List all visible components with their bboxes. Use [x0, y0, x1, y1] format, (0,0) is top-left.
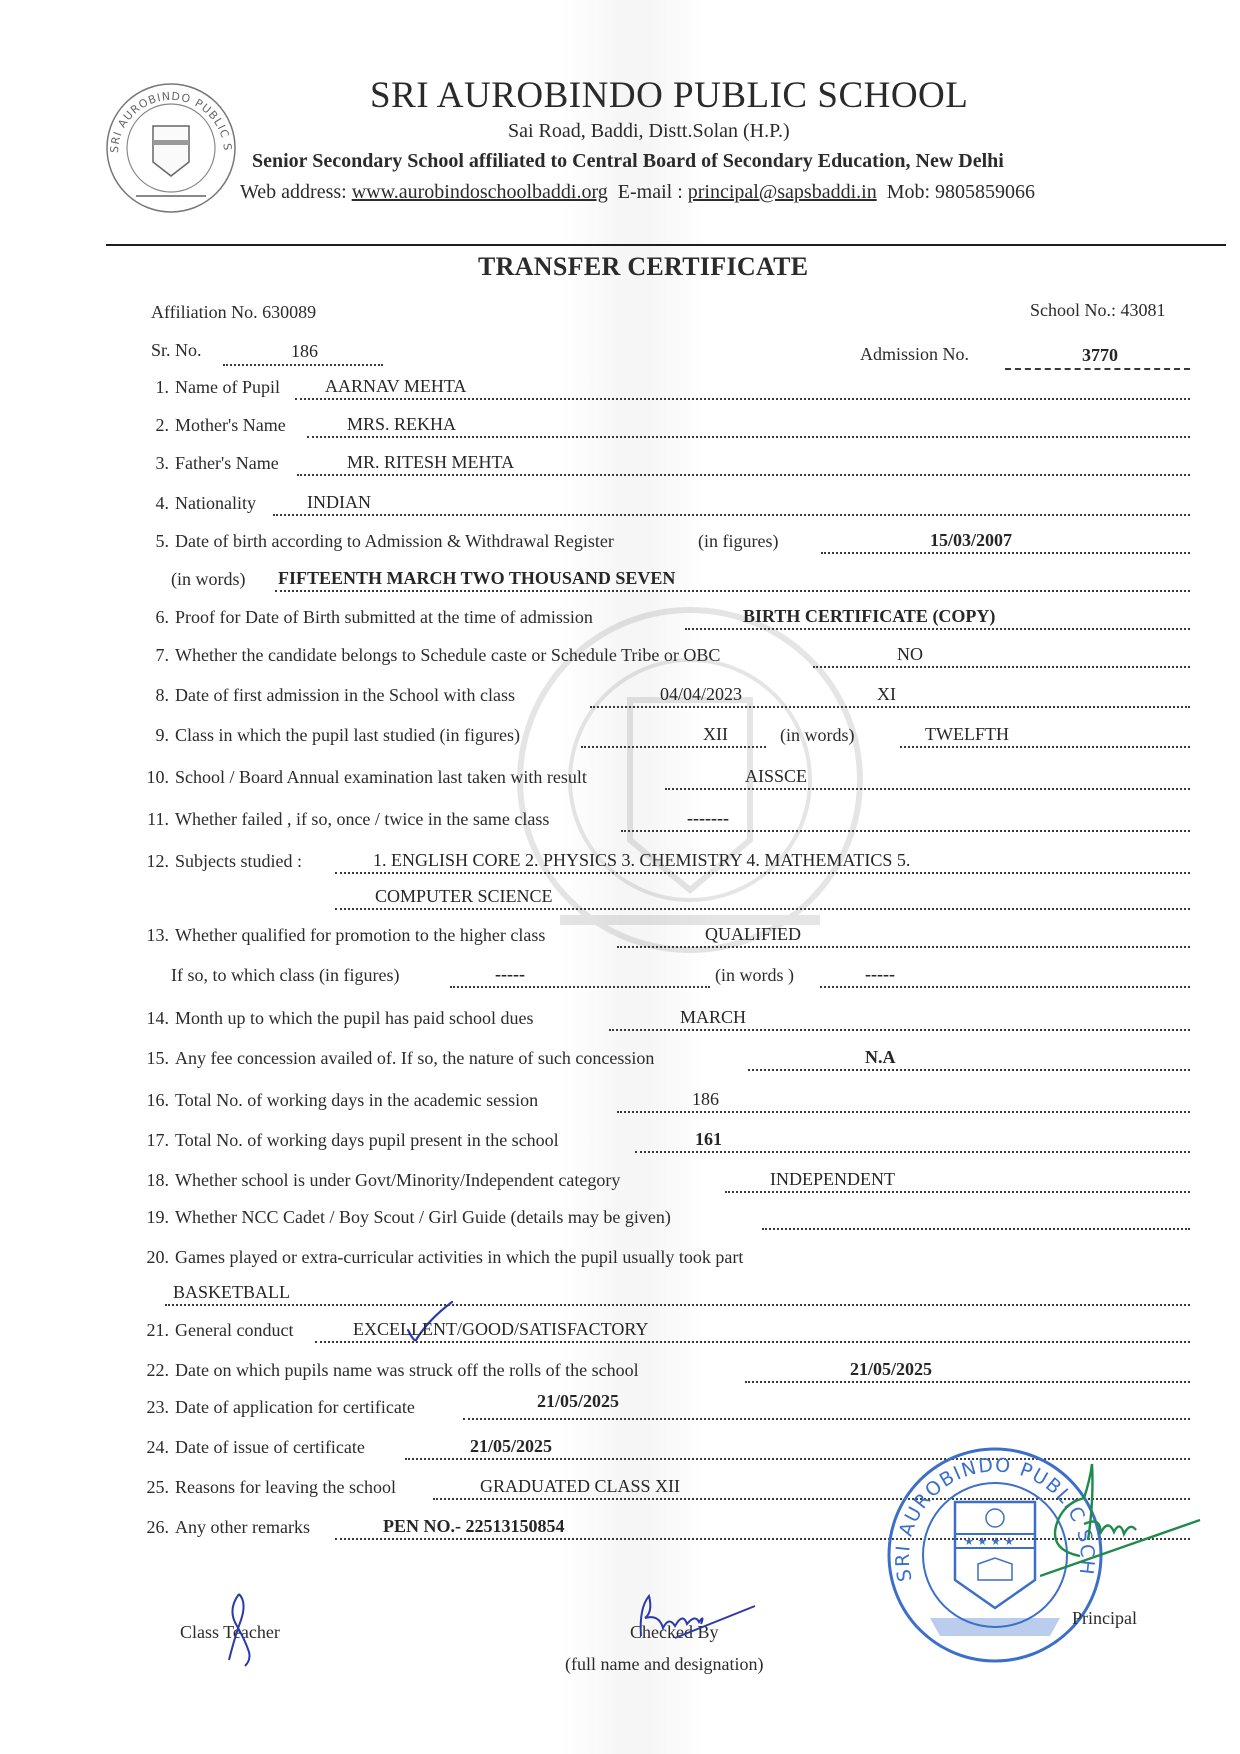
field-row-15: 15.Any fee concession availed of. If so,…	[135, 1043, 1190, 1073]
days-present-value: 161	[695, 1129, 722, 1150]
affiliation-line: Senior Secondary School affiliated to Ce…	[252, 150, 1004, 173]
dob-words-value: FIFTEENTH MARCH TWO THOUSAND SEVEN	[278, 568, 675, 589]
conduct-value: EXCELLENT/GOOD/SATISFACTORY	[353, 1319, 648, 1340]
field-label: Class in which the pupil last studied (i…	[175, 725, 520, 745]
field-row-12-line2: COMPUTER SCIENCE	[135, 882, 1190, 912]
dob-proof-value: BIRTH CERTIFICATE (COPY)	[743, 606, 995, 627]
field-label: Whether the candidate belongs to Schedul…	[175, 645, 720, 665]
subjects-value: 1. ENGLISH CORE 2. PHYSICS 3. CHEMISTRY …	[373, 850, 910, 871]
field-row-20: 20.Games played or extra-curricular acti…	[135, 1242, 1190, 1272]
field-row-5: 5.Date of birth according to Admission &…	[135, 526, 1190, 556]
sr-no-dots	[223, 364, 383, 366]
field-label: Any fee concession availed of. If so, th…	[175, 1048, 654, 1068]
field-row-6: 6.Proof for Date of Birth submitted at t…	[135, 602, 1190, 632]
sr-no-label: Sr. No.	[151, 340, 202, 360]
field-row-7: 7.Whether the candidate belongs to Sched…	[135, 640, 1190, 670]
field-label: Games played or extra-curricular activit…	[175, 1247, 743, 1267]
school-category-value: INDEPENDENT	[770, 1169, 895, 1190]
field-label: School / Board Annual examination last t…	[175, 767, 587, 787]
field-label: Mother's Name	[175, 415, 286, 435]
field-row-14: 14.Month up to which the pupil has paid …	[135, 1003, 1190, 1033]
field-row-13-class: If so, to which class (in figures) -----…	[135, 960, 1190, 990]
contact-line: Web address: www.aurobindoschoolbaddi.or…	[240, 181, 1035, 204]
field-row-19: 19.Whether NCC Cadet / Boy Scout / Girl …	[135, 1202, 1190, 1232]
checked-by-note: (full name and designation)	[565, 1654, 763, 1675]
field-label: Total No. of working days pupil present …	[175, 1130, 559, 1150]
field-row-5-words: (in words) FIFTEENTH MARCH TWO THOUSAND …	[135, 564, 1190, 594]
activities-value: BASKETBALL	[173, 1282, 290, 1303]
failed-value: -------	[687, 808, 729, 829]
admission-no-dots	[1005, 368, 1190, 370]
field-row-9: 9.Class in which the pupil last studied …	[135, 720, 1190, 750]
promoted-class-figures-value: -----	[495, 964, 525, 985]
field-row-8: 8.Date of first admission in the School …	[135, 680, 1190, 710]
principal-signature-icon	[1040, 1460, 1210, 1580]
field-label: Father's Name	[175, 453, 279, 473]
first-admission-date-value: 04/04/2023	[660, 684, 742, 705]
school-no-label: School No.:	[1030, 300, 1116, 320]
admission-no: Admission No. 3770	[860, 344, 1190, 372]
field-row-2: 2.Mother's Name MRS. REKHA	[135, 410, 1190, 440]
field-label: Total No. of working days in the academi…	[175, 1090, 538, 1110]
header-divider	[106, 244, 1226, 246]
field-label: Whether failed , if so, once / twice in …	[175, 809, 549, 829]
field-row-3: 3.Father's Name MR. RITESH MEHTA	[135, 448, 1190, 478]
dob-figures-value: 15/03/2007	[930, 530, 1012, 551]
field-label: Any other remarks	[175, 1517, 310, 1537]
certificate-title: TRANSFER CERTIFICATE	[478, 252, 808, 282]
issue-date-value: 21/05/2025	[470, 1436, 552, 1457]
exam-result-value: AISSCE	[745, 766, 807, 787]
nationality-value: INDIAN	[307, 492, 371, 513]
field-label: Proof for Date of Birth submitted at the…	[175, 607, 593, 627]
field-row-10: 10.School / Board Annual examination las…	[135, 762, 1190, 792]
last-class-figures-value: XII	[703, 724, 728, 745]
field-row-22: 22.Date on which pupils name was struck …	[135, 1355, 1190, 1385]
field-label: Date of application for certificate	[175, 1397, 415, 1417]
field-row-17: 17.Total No. of working days pupil prese…	[135, 1125, 1190, 1155]
field-label: Nationality	[175, 493, 256, 513]
field-label: Whether school is under Govt/Minority/In…	[175, 1170, 620, 1190]
affiliation-no-label: Affiliation No.	[151, 302, 258, 322]
field-row-1: 1.Name of Pupil AARNAV MEHTA	[135, 372, 1190, 402]
svg-text:★ ★ ★ ★: ★ ★ ★ ★	[964, 1535, 1014, 1548]
admission-no-label: Admission No.	[860, 344, 969, 364]
remarks-value: PEN NO.- 22513150854	[383, 1516, 565, 1537]
mobile-label: Mob:	[887, 181, 930, 203]
subjects-value-line2: COMPUTER SCIENCE	[375, 886, 553, 907]
field-label: Date of birth according to Admission & W…	[175, 531, 614, 551]
in-words-label: (in words )	[715, 965, 794, 986]
field-row-13: 13.Whether qualified for promotion to th…	[135, 920, 1190, 950]
fee-concession-value: N.A	[865, 1047, 896, 1068]
school-logo-icon: SRI AUROBINDO PUBLIC SCHOOL	[96, 78, 246, 218]
category-value: NO	[897, 644, 923, 665]
in-words-label: (in words)	[171, 569, 246, 590]
field-row-12: 12.Subjects studied : 1. ENGLISH CORE 2.…	[135, 846, 1190, 876]
promotion-value: QUALIFIED	[705, 924, 801, 945]
field-label: Whether qualified for promotion to the h…	[175, 925, 545, 945]
school-name: SRI AUROBINDO PUBLIC SCHOOL	[370, 74, 968, 117]
pupil-name-value: AARNAV MEHTA	[325, 376, 466, 397]
field-label: Reasons for leaving the school	[175, 1477, 396, 1497]
application-date-value: 21/05/2025	[537, 1391, 619, 1412]
school-no-value: 43081	[1121, 300, 1166, 320]
in-figures-label: (in figures)	[698, 531, 778, 552]
website-link[interactable]: www.aurobindoschoolbaddi.org	[352, 181, 608, 203]
field-row-20-value: BASKETBALL	[135, 1278, 1190, 1308]
mother-name-value: MRS. REKHA	[347, 414, 456, 435]
field-row-11: 11.Whether failed , if so, once / twice …	[135, 804, 1190, 834]
field-row-21: 21.General conduct EXCELLENT/GOOD/SATISF…	[135, 1315, 1190, 1345]
leaving-reason-value: GRADUATED CLASS XII	[480, 1476, 680, 1497]
field-row-18: 18.Whether school is under Govt/Minority…	[135, 1165, 1190, 1195]
admission-no-value: 3770	[1082, 345, 1118, 366]
field-label: General conduct	[175, 1320, 293, 1340]
working-days-value: 186	[692, 1089, 719, 1110]
email-label: E-mail :	[618, 181, 683, 203]
field-label: Date of issue of certificate	[175, 1437, 365, 1457]
field-label: Month up to which the pupil has paid sch…	[175, 1008, 533, 1028]
father-name-value: MR. RITESH MEHTA	[347, 452, 514, 473]
field-label: Date on which pupils name was struck off…	[175, 1360, 639, 1380]
affiliation-no-value: 630089	[262, 302, 316, 322]
school-address: Sai Road, Baddi, Distt.Solan (H.P.)	[508, 120, 790, 143]
promoted-class-words-value: -----	[865, 964, 895, 985]
in-words-label: (in words)	[780, 725, 855, 746]
sr-no-value: 186	[291, 341, 318, 362]
field-row-23: 23.Date of application for certificate 2…	[135, 1392, 1190, 1422]
web-label: Web address:	[240, 181, 347, 203]
struck-off-date-value: 21/05/2025	[850, 1359, 932, 1380]
promoted-class-figures-label: If so, to which class (in figures)	[171, 965, 399, 986]
dues-paid-value: MARCH	[680, 1007, 746, 1028]
field-row-16: 16.Total No. of working days in the acad…	[135, 1085, 1190, 1115]
first-admission-class-value: XI	[877, 684, 896, 705]
mobile-number: 9805859066	[935, 181, 1035, 203]
field-label: Whether NCC Cadet / Boy Scout / Girl Gui…	[175, 1207, 671, 1227]
class-teacher-signature-icon	[215, 1590, 265, 1670]
field-label: Subjects studied :	[175, 851, 302, 871]
email-link[interactable]: principal@sapsbaddi.in	[688, 181, 877, 203]
sr-no: Sr. No. 186	[151, 340, 391, 368]
principal-label: Principal	[1072, 1608, 1137, 1629]
field-row-4: 4.Nationality INDIAN	[135, 488, 1190, 518]
checked-by-signature-icon	[635, 1588, 765, 1648]
affiliation-no: Affiliation No. 630089	[151, 302, 316, 323]
field-label: Name of Pupil	[175, 377, 280, 397]
field-label: Date of first admission in the School wi…	[175, 685, 515, 705]
school-no: School No.: 43081	[1030, 300, 1166, 321]
last-class-words-value: TWELFTH	[925, 724, 1009, 745]
